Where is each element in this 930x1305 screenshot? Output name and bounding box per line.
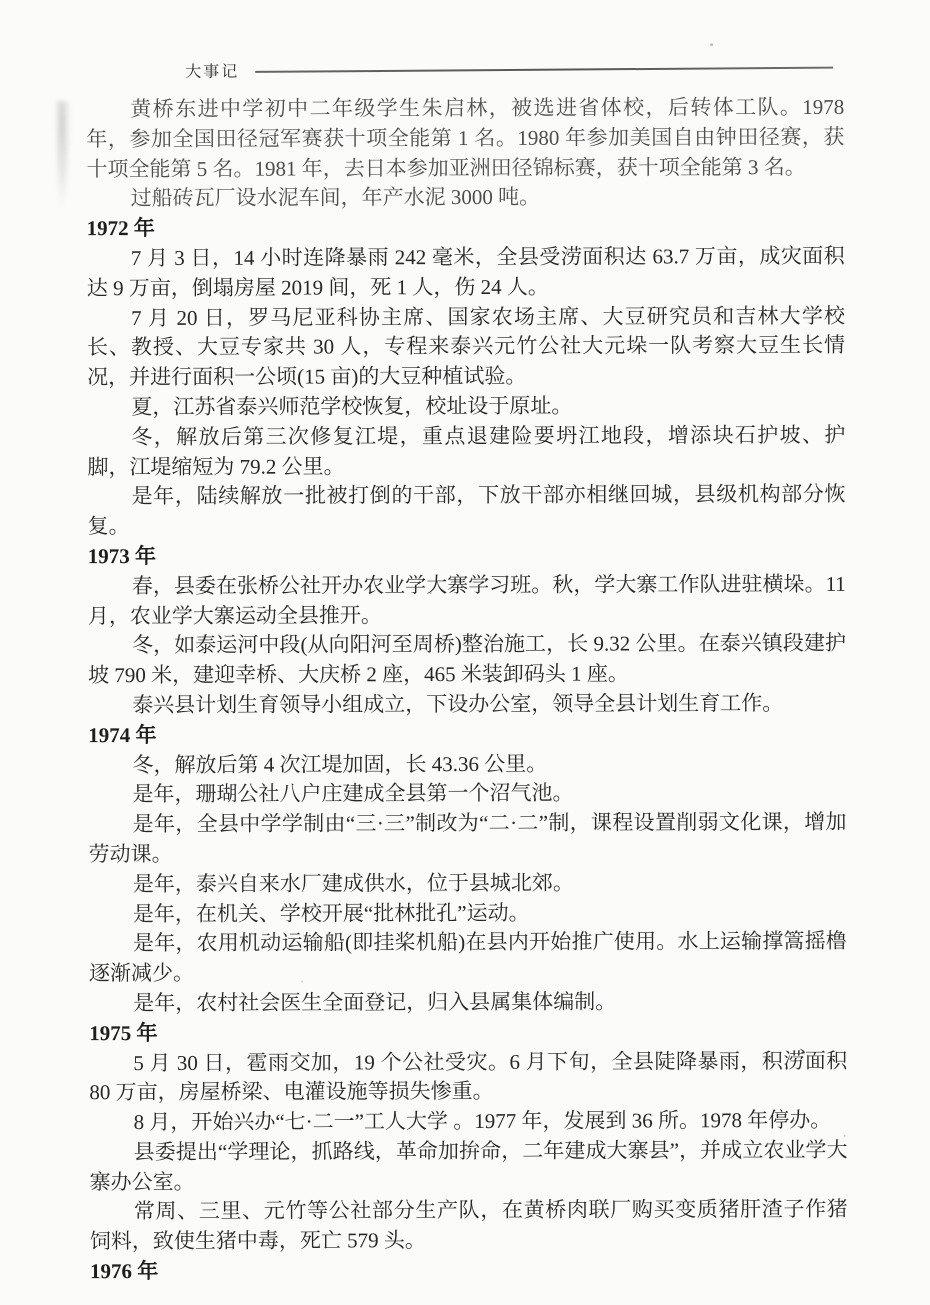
scan-smudge bbox=[56, 101, 70, 211]
chronicle-paragraph: 过船砖瓦厂设水泥车间，年产水泥 3000 吨。 bbox=[87, 182, 845, 214]
chronicle-paragraph: 常周、三里、元竹等公社部分生产队，在黄桥肉联厂购买变质猪肝渣子作猪饲料，致使生猪… bbox=[90, 1195, 848, 1257]
scan-speck bbox=[710, 43, 713, 46]
chronicle-paragraph: 8 月，开始兴办“七·二一”工人大学 。1977 年，发展到 36 所。1978… bbox=[89, 1106, 847, 1138]
scan-body: 大事记 黄桥东进中学初中二年级学生朱启林，被选进省体校，后转体工队。1978 年… bbox=[0, 0, 930, 1305]
year-heading: 1972 年 bbox=[87, 212, 845, 244]
chronicle-paragraph: 夏，江苏省泰兴师范学校恢复，校址设于原址。 bbox=[87, 391, 845, 423]
chronicle-paragraph: 县委提出“学理论，抓路线，革命加拚命，二年建成大寨县”，并成立农业学大寨办公室。 bbox=[90, 1136, 848, 1198]
chronicle-paragraph: 黄桥东进中学初中二年级学生朱启林，被选进省体校，后转体工队。1978 年，参加全… bbox=[86, 93, 844, 185]
year-heading: 1975 年 bbox=[89, 1017, 847, 1049]
chronicle-paragraph: 冬，解放后第 4 次江堤加固，长 43.36 公里。 bbox=[88, 748, 846, 780]
chronicle-paragraph: 是年，农用机动运输船(即挂桨机船)在县内开始推广使用。水上运输撑篙摇橹逐渐减少。 bbox=[89, 927, 847, 989]
header-title: 大事记 bbox=[185, 59, 239, 82]
chronicle-paragraph: 是年，在机关、学校开展“批林批孔”运动。 bbox=[89, 897, 847, 929]
chronicle-paragraph: 泰兴县计划生育领导小组成立，下设办公室，领导全县计划生育工作。 bbox=[88, 689, 846, 721]
chronicle-paragraph: 春，县委在张桥公社开办农业学大寨学习班。秋，学大寨工作队进驻横垛。11 月，农业… bbox=[88, 570, 846, 632]
chronicle-paragraph: 7 月 3 日，14 小时连降暴雨 242 毫米，全县受涝面积达 63.7 万亩… bbox=[87, 242, 845, 304]
year-heading: 1974 年 bbox=[88, 719, 846, 751]
year-heading: 1973 年 bbox=[88, 540, 846, 572]
year-heading: 1976 年 bbox=[90, 1255, 848, 1287]
page-header: 大事记 bbox=[185, 57, 845, 83]
scanned-document-page: 大事记 黄桥东进中学初中二年级学生朱启林，被选进省体校，后转体工队。1978 年… bbox=[0, 0, 930, 1305]
chronicle-paragraph: 是年，农村社会医生全面登记，归入县属集体编制。 bbox=[89, 987, 847, 1019]
chronicle-paragraph: 是年，珊瑚公社八户庄建成全县第一个沼气池。 bbox=[88, 778, 846, 810]
chronicle-paragraph: 是年，陆续解放一批被打倒的干部，下放干部亦相继回城，县级机构部分恢复。 bbox=[87, 480, 845, 542]
chronicle-paragraph: 是年，泰兴自来水厂建成供水，位于县城北郊。 bbox=[89, 868, 847, 900]
chronicle-text: 黄桥东进中学初中二年级学生朱启林，被选进省体校，后转体工队。1978 年，参加全… bbox=[86, 93, 848, 1287]
chronicle-paragraph: 7 月 20 日，罗马尼亚科协主席、国家农场主席、大豆研究员和吉林大学校长、教授… bbox=[87, 301, 845, 393]
stray-ink-mark: 、 bbox=[799, 1031, 818, 1058]
chronicle-paragraph: 是年，全县中学学制由“三·三”制改为“二·二”制，课程设置削弱文化课，增加劳动课… bbox=[88, 808, 846, 870]
header-rule-line bbox=[255, 66, 833, 72]
chronicle-paragraph: 冬，如泰运河中段(从向阳河至周桥)整治施工，长 9.32 公里。在泰兴镇段建护坡… bbox=[88, 629, 846, 691]
chronicle-paragraph: 冬，解放后第三次修复江堤，重点退建险要坍江地段，增添块石护坡、护脚，江堤缩短为 … bbox=[87, 421, 845, 483]
chronicle-paragraph: 5 月 30 日，雹雨交加，19 个公社受灾。6 月下旬，全县陡降暴雨，积涝面积… bbox=[89, 1046, 847, 1108]
